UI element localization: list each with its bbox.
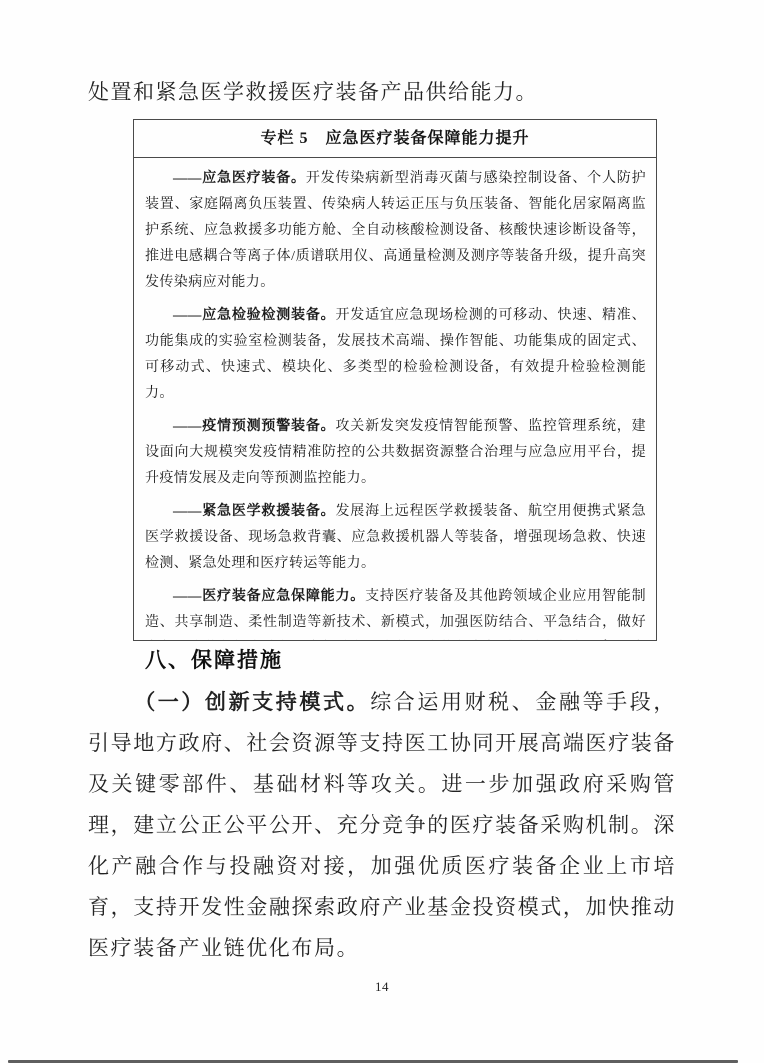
section-paragraph: （一）创新支持模式。综合运用财税、金融等手段，引导地方政府、社会资源等支持医工协… (88, 682, 676, 969)
column-box-title: 专栏 5 应急医疗装备保障能力提升 (134, 120, 656, 158)
box-paragraph: ——应急医疗装备。开发传染病新型消毒灭菌与感染控制设备、个人防护装置、家庭隔离负… (145, 166, 646, 296)
box-paragraph-text: 开发传染病新型消毒灭菌与感染控制设备、个人防护装置、家庭隔离负压装置、传染病人转… (145, 171, 646, 290)
box-paragraph-lead: ——医疗装备应急保障能力。 (173, 589, 365, 604)
box-paragraph-lead: ——紧急医学救援装备。 (173, 504, 335, 519)
box-paragraph: ——紧急医学救援装备。发展海上远程医学救援装备、航空用便携式紧急医学救援设备、现… (145, 499, 646, 577)
column-box-body: ——应急医疗装备。开发传染病新型消毒灭菌与感染控制设备、个人防护装置、家庭隔离负… (134, 158, 656, 641)
intro-paragraph: 处置和紧急医学救援医疗装备产品供给能力。 (88, 78, 676, 106)
box-paragraph: ——应急检验检测装备。开发适宜应急现场检测的可移动、快速、精准、功能集成的实验室… (145, 303, 646, 407)
section-heading: 八、保障措施 (145, 648, 283, 674)
page-number: 14 (0, 979, 764, 995)
box-paragraph-lead: ——应急医疗装备。 (173, 171, 306, 186)
box-paragraph-lead: ——应急检验检测装备。 (173, 308, 335, 323)
document-page: 处置和紧急医学救援医疗装备产品供给能力。 专栏 5 应急医疗装备保障能力提升 —… (0, 0, 764, 1063)
box-paragraph: ——疫情预测预警装备。攻关新发突发疫情智能预警、监控管理系统，建设面向大规模突发… (145, 414, 646, 492)
column-box: 专栏 5 应急医疗装备保障能力提升 ——应急医疗装备。开发传染病新型消毒灭菌与感… (133, 119, 657, 641)
paragraph-text: 综合运用财税、金融等手段，引导地方政府、社会资源等支持医工协同开展高端医疗装备及… (88, 690, 676, 960)
box-paragraph: ——医疗装备应急保障能力。支持医疗装备及其他跨领域企业应用智能制造、共享制造、柔… (145, 584, 646, 641)
box-paragraph-lead: ——疫情预测预警装备。 (173, 419, 335, 434)
paragraph-lead: （一）创新支持模式。 (134, 690, 370, 714)
